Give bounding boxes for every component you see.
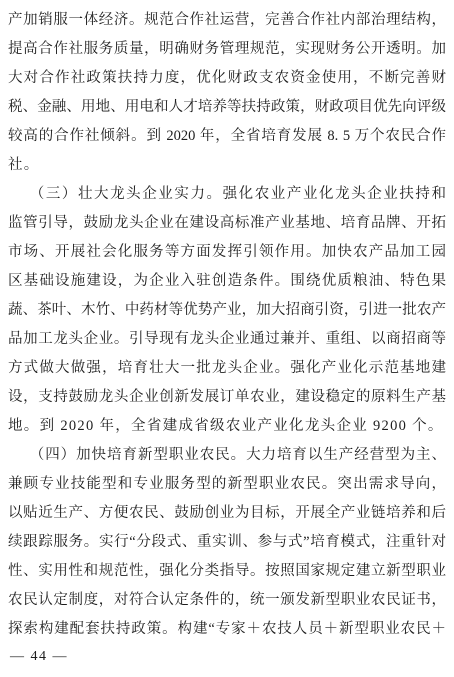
paragraph-leading-enterprises: （三）壮大龙头企业实力。强化农业产业化龙头企业扶持和 监管引导，鼓励龙头企业在建… — [8, 180, 446, 441]
text-line: 性、实用性和规范性，强化分类指导。按照国家规定建立新型职业 — [8, 557, 446, 586]
text-line: 区基础设施建设，为企业入驻创造条件。围绕优质粮油、特色果 — [8, 267, 446, 296]
text-line: 探索构建配套扶持政策。构建“专家＋农技人员＋新型职业农民＋ — [8, 615, 446, 644]
text-line: 较高的合作社倾斜。到 2020 年，全省培育发展 8. 5 万个农民合作 — [8, 122, 446, 151]
text-line: 市场、开展社会化服务等方面发挥引领作用。加快农产品加工园 — [8, 238, 446, 267]
text-line: 方式做大做强，培育壮大一批龙头企业。强化产业化示范基地建 — [8, 354, 446, 383]
text-line: 税、金融、用地、用电和人才培养等扶持政策，财政项目优先向评级 — [8, 93, 446, 122]
text-line: 以贴近生产、方便农民、鼓励创业为目标，开展全产业链培养和后 — [8, 499, 446, 528]
text-line: 兼顾专业技能型和专业服务型的新型职业农民。突出需求导向， — [8, 470, 446, 499]
text-line: 大对合作社政策扶持力度，优化财政支农资金使用，不断完善财 — [8, 64, 446, 93]
text-line: 提高合作社服务质量，明确财务管理规范，实现财务公开透明。加 — [8, 35, 446, 64]
text-line: 品加工龙头企业。引导现有龙头企业通过兼并、重组、以商招商等 — [8, 325, 446, 354]
text-line: 续跟踪服务。实行“分段式、重实训、参与式”培育模式，注重针对 — [8, 528, 446, 557]
text-line: （四）加快培育新型职业农民。大力培育以生产经营型为主、 — [8, 441, 446, 470]
text-line: 产加销服一体经济。规范合作社运营，完善合作社内部治理结构， — [8, 6, 446, 35]
paragraph-new-professional-farmers: （四）加快培育新型职业农民。大力培育以生产经营型为主、 兼顾专业技能型和专业服务… — [8, 441, 446, 644]
text-line: （三）壮大龙头企业实力。强化农业产业化龙头企业扶持和 — [8, 180, 446, 209]
text-line: 农民认定制度，对符合认定条件的，统一颁发新型职业农民证书， — [8, 586, 446, 615]
text-line: 监管引导，鼓励龙头企业在建设高标准产业基地、培育品牌、开拓 — [8, 209, 446, 238]
text-line: 蔬、茶叶、木竹、中药材等优势产业，加大招商引资，引进一批农产 — [8, 296, 446, 325]
text-line: 社。 — [8, 151, 446, 180]
document-page: 产加销服一体经济。规范合作社运营，完善合作社内部治理结构， 提高合作社服务质量，… — [0, 0, 454, 677]
page-number: — 44 — — [8, 647, 446, 667]
text-line: 地。到 2020 年，全省建成省级农业产业化龙头企业 9200 个。 — [8, 412, 446, 441]
paragraph-cooperatives: 产加销服一体经济。规范合作社运营，完善合作社内部治理结构， 提高合作社服务质量，… — [8, 6, 446, 180]
text-line: 设，支持鼓励龙头企业创新发展订单农业，建设稳定的原料生产基 — [8, 383, 446, 412]
